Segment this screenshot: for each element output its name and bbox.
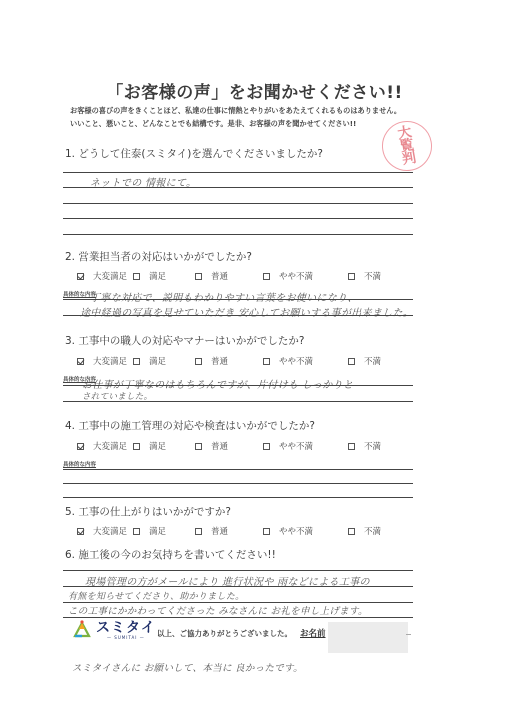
rating-somewhat-dissatisfied[interactable]: やや不満 xyxy=(263,355,348,367)
answer-2-line-2: 途中経過の写真を見せていただき 安心してお願いする事が出来ました。 xyxy=(80,304,413,319)
question-6-number: 6. xyxy=(65,549,75,561)
checkbox-icon[interactable] xyxy=(263,528,270,535)
question-1-number: 1. xyxy=(65,148,75,160)
answer-3-line-1: お仕事が丁寧なのはもちろんですが、片付けも しっかりと xyxy=(82,376,353,391)
checkbox-icon[interactable] xyxy=(348,443,355,450)
rating-satisfied[interactable]: 満足 xyxy=(133,355,195,367)
answer-line xyxy=(63,570,413,571)
answer-6-line-2: 有無を知らせてくださり、助かりました。 xyxy=(68,589,244,602)
question-6-text: 施工後の今のお気持ちを書いてください!! xyxy=(78,549,275,561)
checkbox-icon[interactable] xyxy=(348,273,355,280)
answer-line xyxy=(63,385,413,386)
answer-line xyxy=(63,497,413,498)
detail-label: 具体的な内容 xyxy=(63,460,96,468)
checkbox-icon[interactable] xyxy=(195,443,202,450)
rating-somewhat-dissatisfied[interactable]: やや不満 xyxy=(263,525,348,537)
question-3: 3. 工事中の職人の対応やマナーはいかがでしたか? xyxy=(65,333,304,348)
answer-line xyxy=(63,401,413,402)
checkbox-icon[interactable] xyxy=(263,273,270,280)
question-3-text: 工事中の職人の対応やマナーはいかがでしたか? xyxy=(78,335,304,347)
checkbox-icon[interactable] xyxy=(348,358,355,365)
question-1-text: どうして住泰(スミタイ)を選んでくださいましたか? xyxy=(78,148,323,160)
question-5-text: 工事の仕上がりはいかがですか? xyxy=(78,506,231,518)
rating-very-satisfied[interactable]: 大変満足 xyxy=(77,355,133,367)
checkbox-checked-icon[interactable] xyxy=(77,443,84,450)
question-1: 1. どうして住泰(スミタイ)を選んでくださいましたか? xyxy=(65,146,323,161)
rating-normal[interactable]: 普通 xyxy=(195,525,263,537)
question-2: 2. 営業担当者の対応はいかがでしたか? xyxy=(65,249,252,264)
rating-normal[interactable]: 普通 xyxy=(195,355,263,367)
logo-sub: — SUMITAI — xyxy=(107,635,145,640)
checkbox-checked-icon[interactable] xyxy=(77,273,84,280)
rating-dissatisfied[interactable]: 不満 xyxy=(348,270,381,282)
question-5-ratings: 大変満足 満足 普通 やや不満 不満 xyxy=(77,525,381,537)
question-5: 5. 工事の仕上がりはいかがですか? xyxy=(65,504,231,519)
answer-line xyxy=(63,586,413,587)
checkbox-icon[interactable] xyxy=(263,443,270,450)
rating-satisfied[interactable]: 満足 xyxy=(133,525,195,537)
rating-dissatisfied[interactable]: 不満 xyxy=(348,525,381,537)
checkbox-icon[interactable] xyxy=(133,443,140,450)
rating-satisfied[interactable]: 満足 xyxy=(133,440,195,452)
rating-very-satisfied[interactable]: 大変満足 xyxy=(77,440,133,452)
intro-line-1: お客様の喜びの声をきくことほど、私達の仕事に情熱とやりがいをあたえてくれるものは… xyxy=(70,106,401,116)
answer-line xyxy=(63,469,413,470)
question-4: 4. 工事中の施工管理の対応や検査はいかがでしたか? xyxy=(65,418,315,433)
stamp-char-3: 判 xyxy=(401,151,417,166)
checkbox-icon[interactable] xyxy=(263,358,270,365)
checkbox-icon[interactable] xyxy=(195,528,202,535)
sumitai-logo: スミタイ — SUMITAI — xyxy=(72,620,156,640)
question-3-ratings: 大変満足 満足 普通 やや不満 不満 xyxy=(77,355,381,367)
name-field-redacted xyxy=(328,622,408,653)
rating-normal[interactable]: 普通 xyxy=(195,440,263,452)
question-6: 6. 施工後の今のお気持ちを書いてください!! xyxy=(65,547,276,562)
answer-line xyxy=(63,483,413,484)
answer-line xyxy=(63,218,413,219)
answer-2-line-1: 丁寧な対応で、説明もわかりやすい言葉をお使いになり、 xyxy=(90,289,358,304)
logo-name: スミタイ xyxy=(96,621,156,635)
answer-line xyxy=(63,315,413,316)
thanks-text: 以上、ご協力ありがとうございました。 xyxy=(157,628,292,639)
name-label: お名前 xyxy=(300,627,326,639)
answer-line xyxy=(63,203,413,204)
checkbox-icon[interactable] xyxy=(348,528,355,535)
question-4-ratings: 大変満足 満足 普通 やや不満 不満 xyxy=(77,440,381,452)
rating-normal[interactable]: 普通 xyxy=(195,270,263,282)
question-2-ratings: 大変満足 満足 普通 やや不満 不満 xyxy=(77,270,381,282)
closing-note: スミタイさんに お願いして、本当に 良かったです。 xyxy=(72,660,303,674)
answer-line xyxy=(63,234,413,235)
checkbox-icon[interactable] xyxy=(195,358,202,365)
rating-very-satisfied[interactable]: 大変満足 xyxy=(77,270,133,282)
checkbox-icon[interactable] xyxy=(133,528,140,535)
answer-line xyxy=(63,187,413,188)
form-title: 「お客様の声」をお聞かせください!! xyxy=(0,78,509,103)
question-5-number: 5. xyxy=(65,506,75,518)
rating-dissatisfied[interactable]: 不満 xyxy=(348,355,381,367)
checkbox-icon[interactable] xyxy=(195,273,202,280)
rating-somewhat-dissatisfied[interactable]: やや不満 xyxy=(263,270,348,282)
intro-line-2: いいこと、悪いこと、どんなことでも結構です。是非、お客様の声を聞かせてください!… xyxy=(70,119,356,129)
seal-stamp: 大 覧 判 xyxy=(378,117,436,175)
answer-line xyxy=(63,617,413,618)
name-dash xyxy=(406,634,411,635)
answer-line xyxy=(63,172,413,173)
checkbox-icon[interactable] xyxy=(133,273,140,280)
answer-6-line-3: この工事にかかわってくださった みなさんに お礼を申し上げます。 xyxy=(68,603,368,617)
sumitai-logo-mark-icon xyxy=(72,620,92,640)
answer-line xyxy=(63,299,413,300)
checkbox-checked-icon[interactable] xyxy=(77,528,84,535)
checkbox-icon[interactable] xyxy=(133,358,140,365)
rating-very-satisfied[interactable]: 大変満足 xyxy=(77,525,133,537)
rating-satisfied[interactable]: 満足 xyxy=(133,270,195,282)
question-2-number: 2. xyxy=(65,251,75,263)
rating-dissatisfied[interactable]: 不満 xyxy=(348,440,381,452)
rating-somewhat-dissatisfied[interactable]: やや不満 xyxy=(263,440,348,452)
question-2-text: 営業担当者の対応はいかがでしたか? xyxy=(78,251,252,263)
question-4-text: 工事中の施工管理の対応や検査はいかがでしたか? xyxy=(78,420,315,432)
checkbox-checked-icon[interactable] xyxy=(77,358,84,365)
question-3-number: 3. xyxy=(65,335,75,347)
question-4-number: 4. xyxy=(65,420,75,432)
